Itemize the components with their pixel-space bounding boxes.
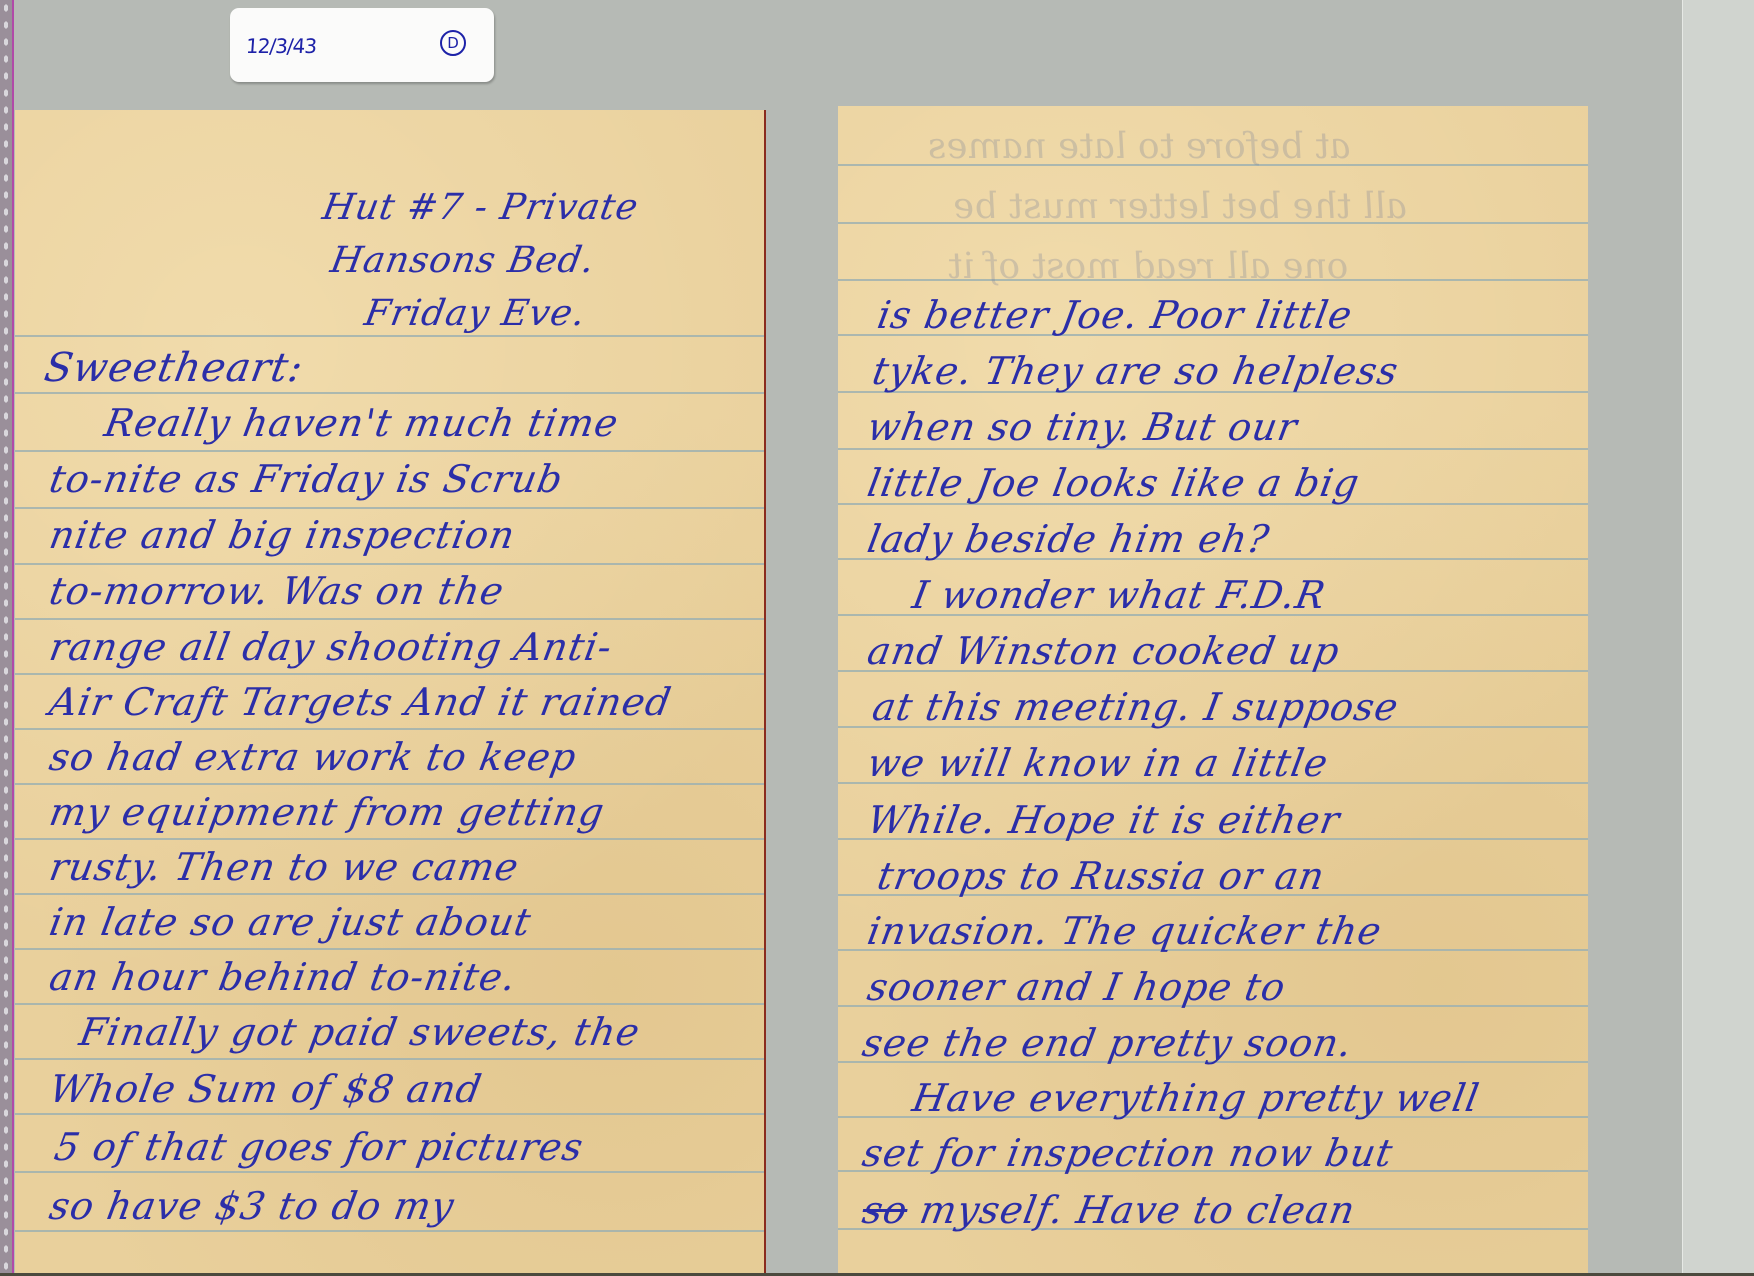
- heading-address-line-2: Hansons Bed.: [328, 243, 598, 279]
- letter-line-last: so myself. Have to clean: [860, 1191, 1359, 1229]
- salutation: Sweetheart:: [41, 348, 306, 388]
- letter-line: I wonder what F.D.R: [910, 576, 1329, 614]
- label-date: 12/3/43: [245, 34, 317, 58]
- letter-line: is better Joe. Poor little: [875, 296, 1356, 334]
- rule-line: [15, 1113, 764, 1115]
- letter-line: tyke. They are so helpless: [870, 352, 1402, 390]
- letter-line: to-nite as Friday is Scrub: [47, 460, 567, 498]
- letter-line: While. Hope it is either: [865, 801, 1343, 839]
- letter-page-left: Hut #7 - Private Hansons Bed. Friday Eve…: [15, 110, 766, 1276]
- letter-line: lady beside him eh?: [865, 520, 1273, 558]
- rule-line: [15, 450, 764, 452]
- bleed-through-text: all the bet letter must be: [950, 186, 1410, 227]
- rule-line: [15, 392, 764, 394]
- letter-line: my equipment from getting: [47, 793, 608, 831]
- letter-line: an hour behind to-nite.: [47, 958, 520, 996]
- letter-line-text: myself. Have to clean: [904, 1188, 1359, 1232]
- letter-line: we will know in a little: [865, 744, 1332, 782]
- letter-line: Finally got paid sweets, the: [77, 1013, 643, 1051]
- heading-address-line-1: Hut #7 - Private: [320, 190, 641, 226]
- letter-line: Have everything pretty well: [910, 1079, 1483, 1117]
- letter-line: and Winston cooked up: [865, 632, 1343, 670]
- letter-page-right: at before to late names all the bet lett…: [838, 106, 1588, 1276]
- rule-line: [15, 893, 764, 895]
- letter-line: so had extra work to keep: [47, 738, 580, 776]
- rule-line: [15, 618, 764, 620]
- letter-line: set for inspection now but: [860, 1134, 1396, 1172]
- bleed-through-text: at before to late names: [925, 126, 1354, 167]
- letter-line: in late so are just about: [47, 903, 535, 941]
- rule-line: [15, 563, 764, 565]
- letter-line: sooner and I hope to: [865, 968, 1289, 1006]
- letter-line: at this meeting. I suppose: [870, 688, 1402, 726]
- letter-line: little Joe looks like a big: [865, 464, 1363, 502]
- rule-line: [15, 1230, 764, 1232]
- letter-line: Whole Sum of $8 and: [47, 1070, 485, 1108]
- rule-line: [15, 838, 764, 840]
- letter-line: nite and big inspection: [47, 516, 519, 554]
- letter-line: rusty. Then to we came: [47, 848, 522, 886]
- rule-line: [15, 673, 764, 675]
- letter-line: to-morrow. Was on the: [47, 572, 508, 610]
- bleed-through-text: one all read most of it: [945, 246, 1351, 287]
- letter-line: Really haven't much time: [102, 404, 622, 442]
- sleeve-edge-strip: [1682, 0, 1754, 1276]
- rule-line: [15, 507, 764, 509]
- binder-perforation-strip: [0, 0, 14, 1276]
- rule-line: [15, 948, 764, 950]
- letter-line: Air Craft Targets And it rained: [47, 683, 675, 721]
- letter-line: range all day shooting Anti-: [47, 628, 616, 666]
- letter-line: 5 of that goes for pictures: [52, 1128, 587, 1166]
- rule-line: [15, 1058, 764, 1060]
- heading-date-line: Friday Eve.: [362, 296, 589, 332]
- letter-line: troops to Russia or an: [875, 857, 1328, 895]
- letter-line: see the end pretty soon.: [860, 1024, 1356, 1062]
- rule-line: [15, 783, 764, 785]
- rule-line: [15, 335, 764, 337]
- letter-line: when so tiny. But our: [865, 408, 1301, 446]
- archive-label-card: 12/3/43 D: [230, 8, 494, 82]
- label-code: D: [440, 30, 466, 56]
- rule-line: [15, 728, 764, 730]
- rule-line: [15, 1003, 764, 1005]
- letter-line: so have $3 to do my: [47, 1187, 458, 1225]
- letter-line: invasion. The quicker the: [865, 912, 1385, 950]
- rule-line: [15, 1171, 764, 1173]
